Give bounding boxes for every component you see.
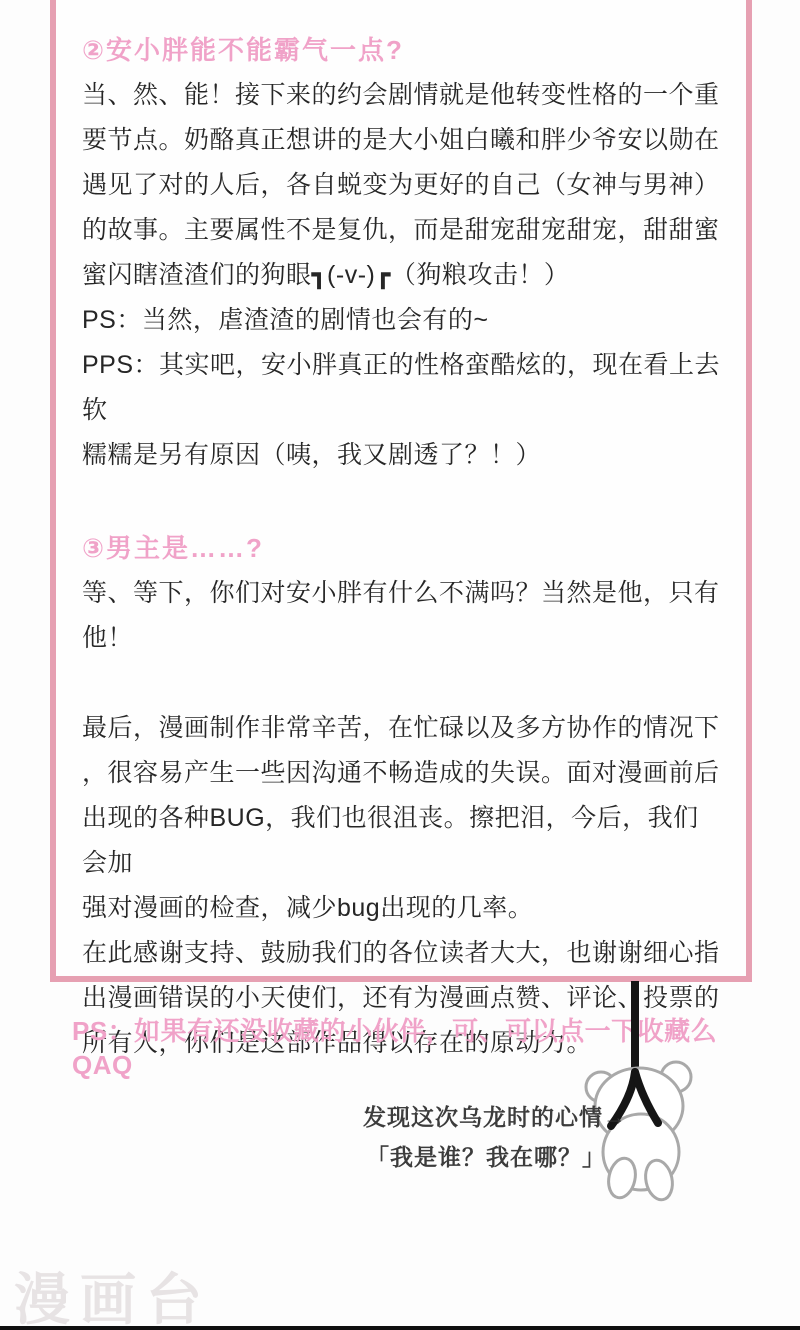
bear-caption-line2: 「我是谁？我在哪？」 (366, 1143, 606, 1171)
author-note-box: ②安小胖能不能霸气一点? 当、然、能！接下来的约会剧情就是他转变性格的一个重 要… (50, 0, 752, 982)
question-2-heading: ②安小胖能不能霸气一点? (82, 28, 724, 73)
question-2-pps-note: PPS：其实吧，安小胖真正的性格蛮酷炫的，现在看上去软 糯糯是另有原因（咦，我又… (82, 343, 724, 478)
question-2-ps-note: PS：当然，虐渣渣的剧情也会有的~ (82, 298, 724, 343)
bear-caption-line1: 发现这次乌龙时的心情→ (363, 1103, 627, 1131)
question-2-answer: 当、然、能！接下来的约会剧情就是他转变性格的一个重 要节点。奶酪真正想讲的是大小… (82, 73, 724, 298)
hanging-bear-icon (555, 975, 725, 1220)
manhuatai-watermark: 漫画台 (14, 1256, 212, 1330)
closing-paragraph-1: 最后，漫画制作非常辛苦，在忙碌以及多方协作的情况下 ，很容易产生一些因沟通不畅造… (82, 706, 724, 931)
question-3-answer: 等、等下，你们对安小胖有什么不满吗？当然是他，只有 他！ (82, 571, 724, 661)
question-3-heading: ③男主是……? (82, 526, 724, 571)
bottom-black-bar (0, 1326, 800, 1330)
